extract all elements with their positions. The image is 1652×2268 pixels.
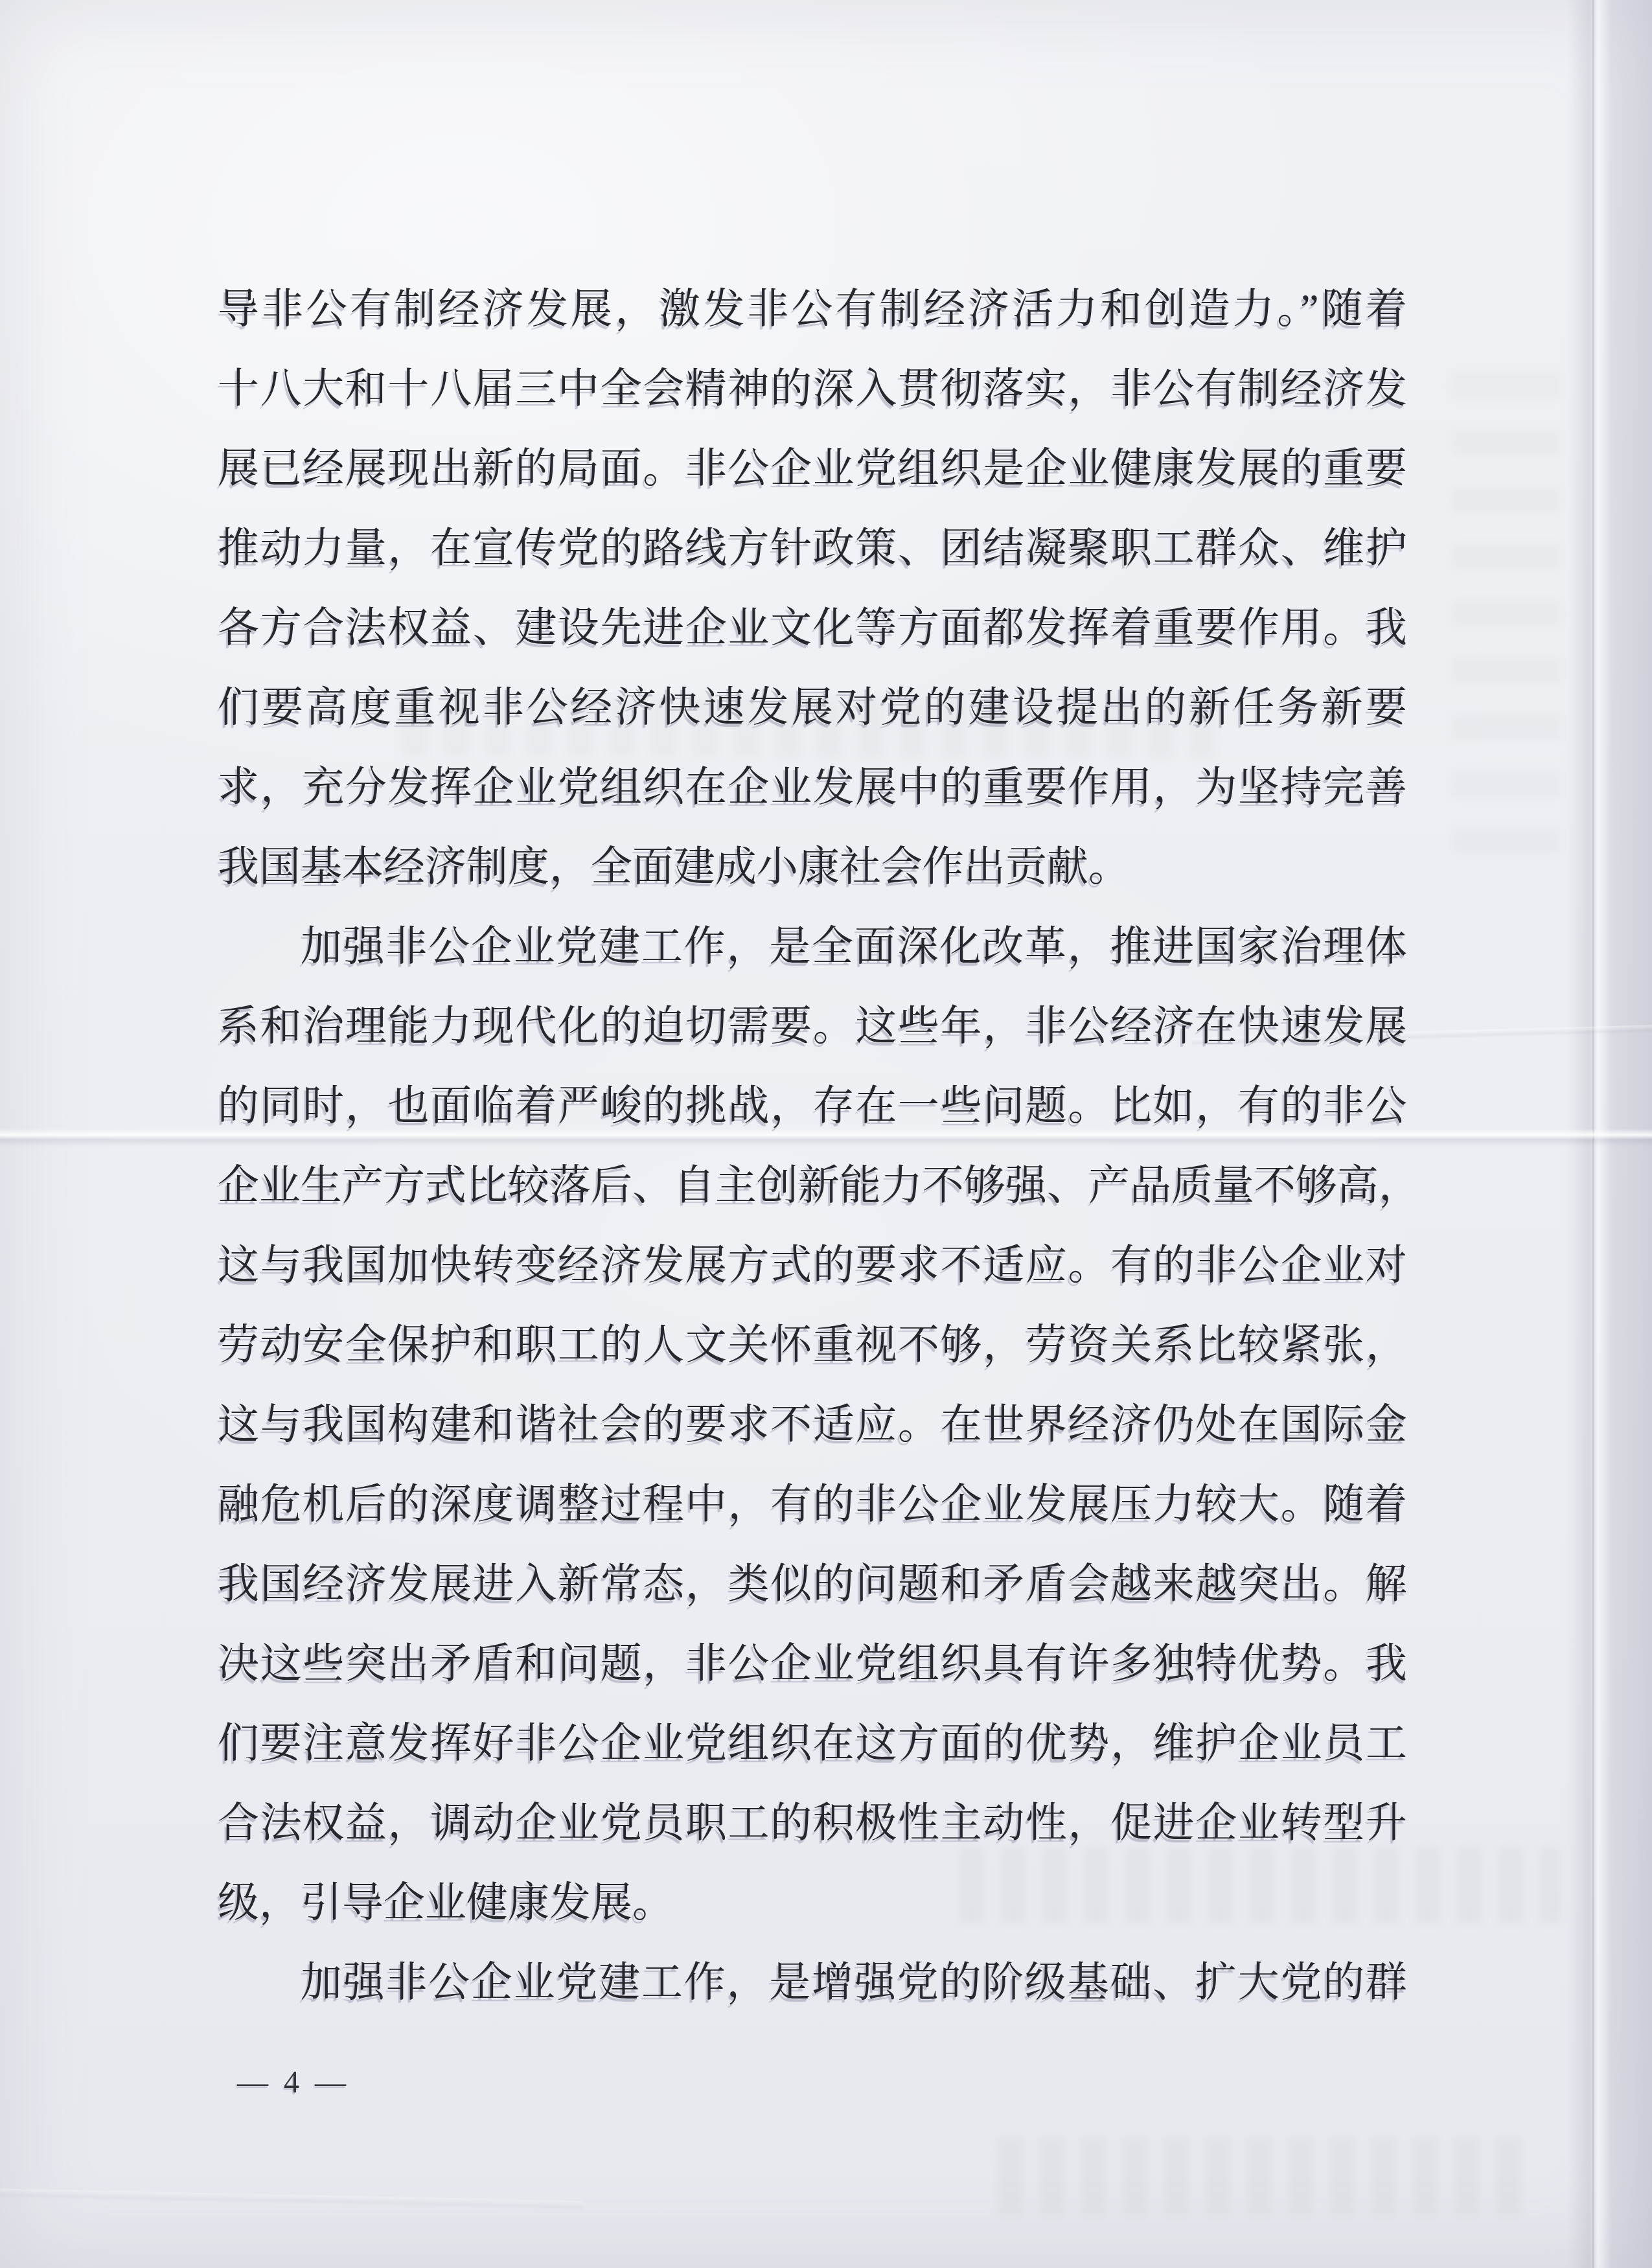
text-line: 导非公有制经济发展，激发非公有制经济活力和创造力。”随着 (218, 269, 1407, 349)
text-line: 我国基本经济制度，全面建成小康社会作出贡献。 (218, 827, 1407, 906)
text-line: 我国经济发展进入新常态，类似的问题和矛盾会越来越突出。解 (218, 1544, 1407, 1623)
text-line: 这与我国加快转变经济发展方式的要求不适应。有的非公企业对 (218, 1225, 1407, 1305)
bleedthrough-ghost-text (1451, 363, 1561, 855)
page-number: — 4 — (237, 2063, 350, 2102)
text-line: 劳动安全保护和职工的人文关怀重视不够，劳资关系比较紧张， (218, 1305, 1407, 1384)
text-line: 融危机后的深度调整过程中，有的非公企业发展压力较大。随着 (218, 1464, 1407, 1544)
text-line: 加强非公企业党建工作，是全面深化改革，推进国家治理体 (218, 906, 1407, 986)
text-line: 加强非公企业党建工作，是增强党的阶级基础、扩大党的群 (218, 1942, 1407, 2022)
crease-bottom-left (0, 2189, 583, 2210)
text-line: 级，引导企业健康发展。 (218, 1862, 1407, 1942)
text-line: 决这些突出矛盾和问题，非公企业党组织具有许多独特优势。我 (218, 1623, 1407, 1703)
text-line: 推动力量，在宣传党的路线方针政策、团结凝聚职工群众、维护 (218, 508, 1407, 588)
text-line: 各方合法权益、建设先进企业文化等方面都发挥着重要作用。我 (218, 588, 1407, 667)
text-line: 的同时，也面临着严峻的挑战，存在一些问题。比如，有的非公 (218, 1066, 1407, 1145)
document-body-text: 导非公有制经济发展，激发非公有制经济活力和创造力。”随着十八大和十八届三中全会精… (218, 269, 1407, 2022)
bleedthrough-ghost-text (998, 2138, 1529, 2216)
text-line: 们要注意发挥好非公企业党组织在这方面的优势，维护企业员工 (218, 1703, 1407, 1783)
text-line: 企业生产方式比较落后、自主创新能力不够强、产品质量不够高， (218, 1145, 1407, 1225)
text-line: 系和治理能力现代化的迫切需要。这些年，非公经济在快速发展 (218, 986, 1407, 1066)
text-line: 求，充分发挥企业党组织在企业发展中的重要作用，为坚持完善 (218, 747, 1407, 827)
text-line: 合法权益，调动企业党员职工的积极性主动性，促进企业转型升 (218, 1783, 1407, 1862)
text-line: 这与我国构建和谐社会的要求不适应。在世界经济仍处在国际金 (218, 1384, 1407, 1464)
scanned-page: 导非公有制经济发展，激发非公有制经济活力和创造力。”随着十八大和十八届三中全会精… (0, 0, 1652, 2268)
text-line: 展已经展现出新的局面。非公企业党组织是企业健康发展的重要 (218, 428, 1407, 508)
text-line: 们要高度重视非公经济快速发展对党的建设提出的新任务新要 (218, 667, 1407, 747)
text-line: 十八大和十八届三中全会精神的深入贯彻落实，非公有制经济发 (218, 349, 1407, 428)
